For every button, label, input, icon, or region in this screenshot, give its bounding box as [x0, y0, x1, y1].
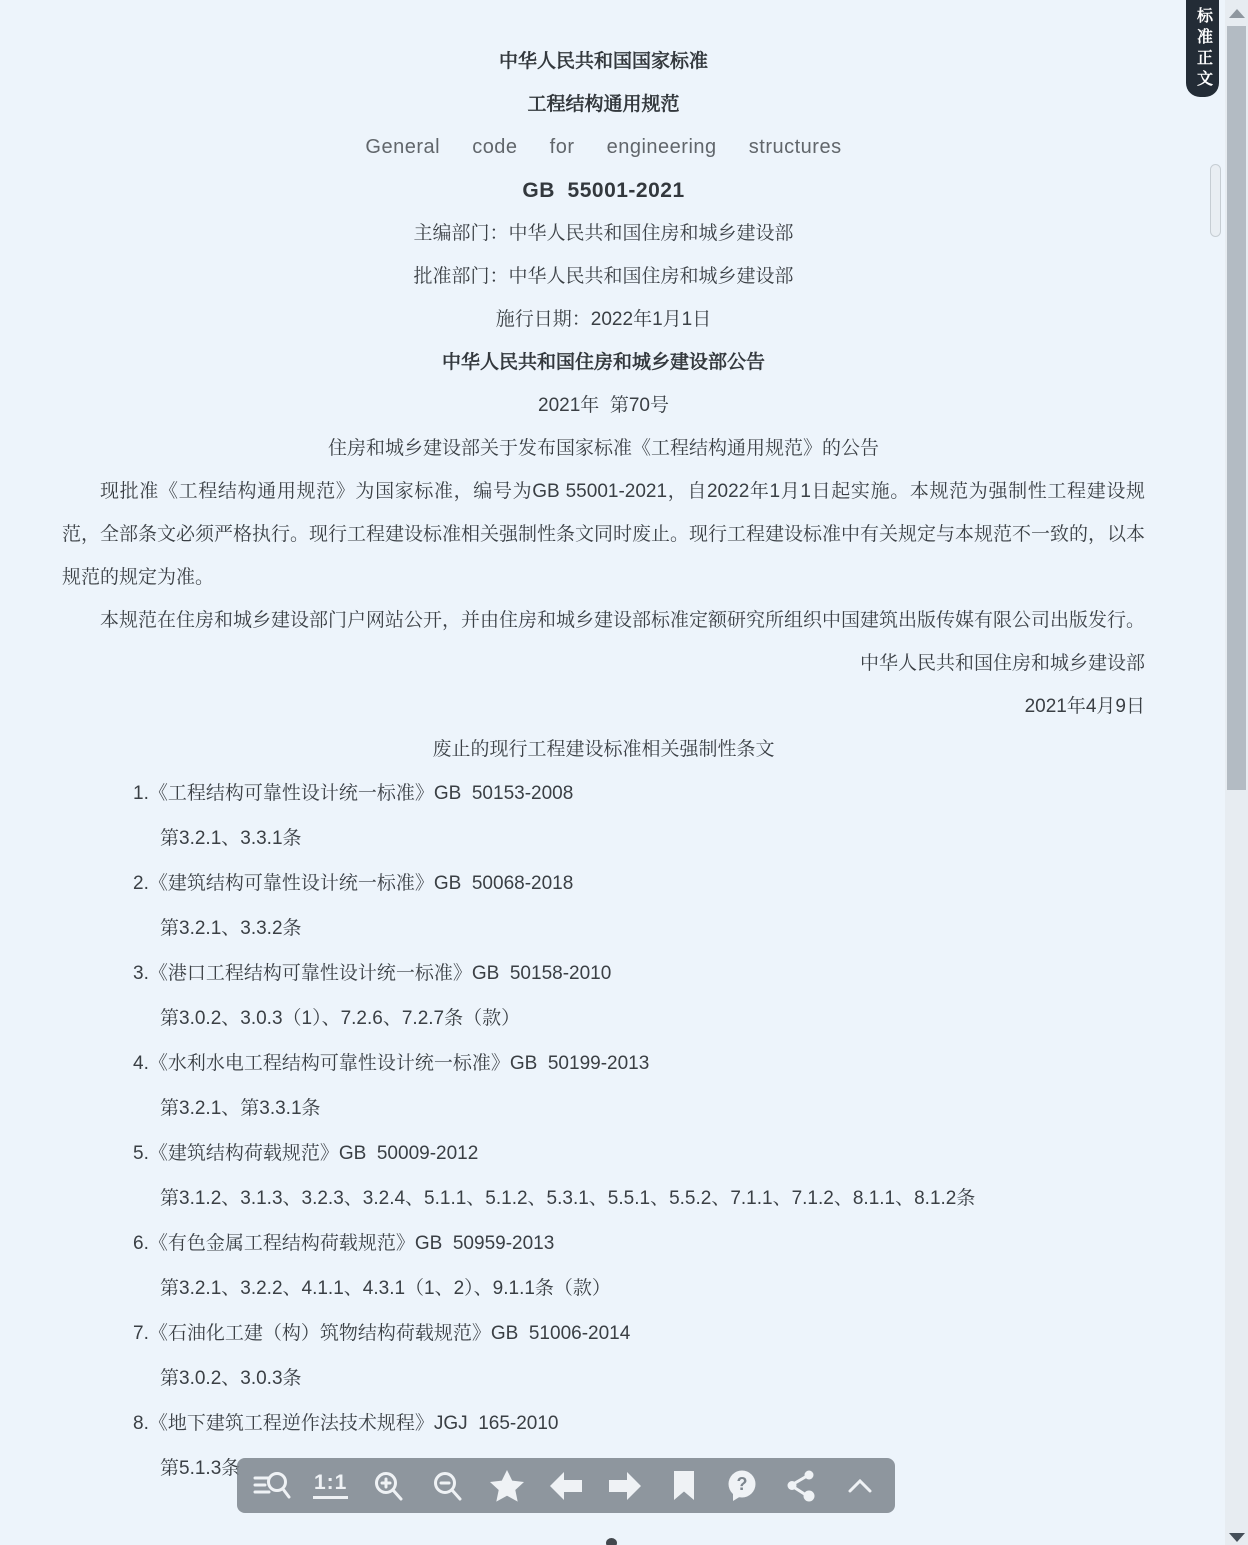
- tab-standard-text[interactable]: 标准正文: [1186, 0, 1219, 97]
- item-number: 3.: [133, 963, 149, 984]
- item-clauses: 第3.2.1、3.2.2、4.1.1、4.3.1（1、2）、9.1.1条（款）: [62, 1266, 1145, 1311]
- item-title: 《港口工程结构可靠性设计统一标准》GB 50158-2010: [149, 963, 611, 984]
- help-glyph: ?: [737, 1474, 748, 1494]
- page-bottom-marker: [606, 1538, 617, 1545]
- prev-page-arrow-icon[interactable]: [542, 1464, 590, 1508]
- item-title: 《地下建筑工程逆作法技术规程》JGJ 165-2010: [149, 1413, 559, 1434]
- list-item: 5.《建筑结构荷载规范》GB 50009-2012 第3.1.2、3.1.3、3…: [62, 1131, 1145, 1221]
- announcement-title: 中华人民共和国住房和城乡建设部公告: [62, 341, 1145, 384]
- chief-department-line: 主编部门：中华人民共和国住房和城乡建设部: [62, 212, 1145, 255]
- favorite-star-icon[interactable]: [483, 1464, 531, 1508]
- bookmark-icon[interactable]: [660, 1464, 708, 1508]
- item-number: 2.: [133, 873, 149, 894]
- standard-code: GB 55001-2021: [62, 169, 1145, 212]
- standard-title-cn: 工程结构通用规范: [62, 83, 1145, 126]
- list-item: 1.《工程结构可靠性设计统一标准》GB 50153-2008 第3.2.1、3.…: [62, 771, 1145, 861]
- item-title: 《建筑结构可靠性设计统一标准》GB 50068-2018: [149, 873, 573, 894]
- item-clauses: 第3.2.1、3.3.1条: [62, 816, 1145, 861]
- zoom-out-icon[interactable]: [424, 1464, 472, 1508]
- scroll-down-arrow-icon[interactable]: [1229, 1533, 1245, 1542]
- collapse-toolbar-chevron-icon[interactable]: [836, 1464, 884, 1508]
- scroll-up-arrow-icon[interactable]: [1229, 9, 1245, 18]
- document-page: 中华人民共和国国家标准 工程结构通用规范 General code for en…: [0, 0, 1225, 1491]
- list-item: 3.《港口工程结构可靠性设计统一标准》GB 50158-2010 第3.0.2、…: [62, 951, 1145, 1041]
- search-in-text-icon[interactable]: [248, 1464, 296, 1508]
- vertical-scrollbar[interactable]: [1225, 0, 1248, 1545]
- item-clauses: 第3.0.2、3.0.3条: [62, 1356, 1145, 1401]
- item-title: 《有色金属工程结构荷载规范》GB 50959-2013: [149, 1233, 554, 1254]
- signature-date: 2021年4月9日: [62, 685, 1145, 728]
- announcement-paragraph-2: 本规范在住房和城乡建设部门户网站公开，并由住房和城乡建设部标准定额研究所组织中国…: [62, 599, 1145, 642]
- announcement-subtitle: 住房和城乡建设部关于发布国家标准《工程结构通用规范》的公告: [62, 427, 1145, 470]
- share-icon[interactable]: [777, 1464, 825, 1508]
- list-item: 7.《石油化工建（构）筑物结构荷载规范》GB 51006-2014 第3.0.2…: [62, 1311, 1145, 1401]
- signature-line: 中华人民共和国住房和城乡建设部: [62, 642, 1145, 685]
- item-title: 《工程结构可靠性设计统一标准》GB 50153-2008: [149, 783, 573, 804]
- effective-date-line: 施行日期：2022年1月1日: [62, 298, 1145, 341]
- actual-size-label: 1:1: [313, 1472, 348, 1499]
- abolished-standards-list: 1.《工程结构可靠性设计统一标准》GB 50153-2008 第3.2.1、3.…: [62, 771, 1145, 1491]
- abolished-heading: 废止的现行工程建设标准相关强制性条文: [62, 728, 1145, 771]
- scrollbar-thumb[interactable]: [1227, 26, 1246, 790]
- actual-size-icon[interactable]: 1:1: [307, 1464, 355, 1508]
- approval-department-line: 批准部门：中华人民共和国住房和城乡建设部: [62, 255, 1145, 298]
- item-clauses: 第3.2.1、3.3.2条: [62, 906, 1145, 951]
- side-panel-drag-handle[interactable]: [1210, 164, 1221, 237]
- item-number: 7.: [133, 1323, 149, 1344]
- list-item: 4.《水利水电工程结构可靠性设计统一标准》GB 50199-2013 第3.2.…: [62, 1041, 1145, 1131]
- item-title: 《水利水电工程结构可靠性设计统一标准》GB 50199-2013: [149, 1053, 649, 1074]
- item-title: 《石油化工建（构）筑物结构荷载规范》GB 51006-2014: [149, 1323, 630, 1344]
- zoom-in-icon[interactable]: [365, 1464, 413, 1508]
- viewer-toolbar: 1:1: [237, 1458, 895, 1513]
- national-standard-label: 中华人民共和国国家标准: [62, 40, 1145, 83]
- standard-viewer-window: 中华人民共和国国家标准 工程结构通用规范 General code for en…: [0, 0, 1248, 1545]
- next-page-arrow-icon[interactable]: [601, 1464, 649, 1508]
- tab-standard-text-label: 标准正文: [1195, 7, 1211, 91]
- list-item: 6.《有色金属工程结构荷载规范》GB 50959-2013 第3.2.1、3.2…: [62, 1221, 1145, 1311]
- item-title: 《建筑结构荷载规范》GB 50009-2012: [149, 1143, 478, 1164]
- standard-title-en: General code for engineering structures: [62, 126, 1145, 169]
- announcement-number: 2021年 第70号: [62, 384, 1145, 427]
- item-clauses: 第3.0.2、3.0.3（1）、7.2.6、7.2.7条（款）: [62, 996, 1145, 1041]
- item-number: 6.: [133, 1233, 149, 1254]
- item-number: 5.: [133, 1143, 149, 1164]
- item-clauses: 第3.1.2、3.1.3、3.2.3、3.2.4、5.1.1、5.1.2、5.3…: [62, 1176, 1145, 1221]
- announcement-paragraph-1: 现批准《工程结构通用规范》为国家标准，编号为GB 55001-2021，自202…: [62, 470, 1145, 599]
- item-number: 4.: [133, 1053, 149, 1074]
- item-number: 1.: [133, 783, 149, 804]
- list-item: 2.《建筑结构可靠性设计统一标准》GB 50068-2018 第3.2.1、3.…: [62, 861, 1145, 951]
- item-number: 8.: [133, 1413, 149, 1434]
- item-clauses: 第3.2.1、第3.3.1条: [62, 1086, 1145, 1131]
- help-icon[interactable]: ?: [718, 1464, 766, 1508]
